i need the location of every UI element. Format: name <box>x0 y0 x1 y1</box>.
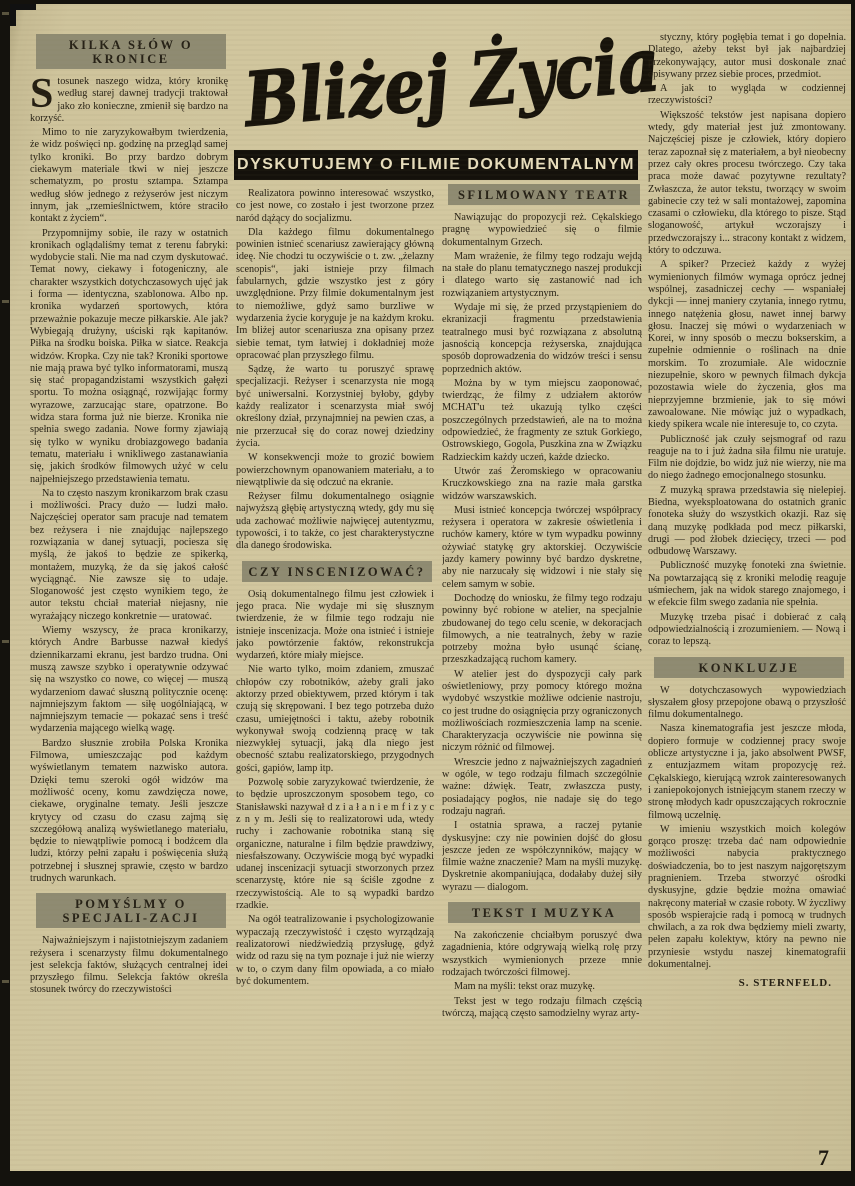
page-number: 7 <box>818 1145 829 1171</box>
paragraph: Na ogół teatralizowanie i psychologizowa… <box>236 914 434 988</box>
paragraph: Nawiązując do propozycji reż. Cękalskieg… <box>442 212 642 249</box>
paragraph: Nie warto tylko, moim zdaniem, zmuszać c… <box>236 664 434 775</box>
paragraph: Utwór zaś Żeromskiego w opracowaniu Kruc… <box>442 466 642 503</box>
paragraph: Reżyser filmu dokumentalnego osiągnie na… <box>236 491 434 552</box>
magazine-page: KILKA SŁÓW O KRONICE Stosunek naszego wi… <box>10 4 851 1171</box>
section-header-kronika: KILKA SŁÓW O KRONICE <box>36 34 226 69</box>
paragraph: Realizatora powinno interesować wszystko… <box>236 188 434 225</box>
author-signature: S. STERNFELD. <box>648 977 846 989</box>
section-header-specjalizacja: POMYŚLMY O SPECJALI‑ZACJI <box>36 893 226 928</box>
scan-edge-bottom <box>0 1171 855 1186</box>
paragraph: I ostatnia sprawa, a raczej pytanie dysk… <box>442 820 642 894</box>
paragraph: Można by w tym miejscu zaoponować, twier… <box>442 378 642 464</box>
paragraph: A jak to wygląda w codziennej rzeczywist… <box>648 83 846 108</box>
paragraph: Mimo to nie zaryzykowałbym twierdzenia, … <box>30 127 228 225</box>
paragraph: Sądzę, że warto tu poruszyć sprawę specj… <box>236 364 434 450</box>
paragraph: Mam wrażenie, że filmy tego rodzaju wejd… <box>442 251 642 300</box>
paragraph: Dla każdego filmu dokumentalnego powinie… <box>236 227 434 362</box>
page-title: Bliżej Życia <box>239 19 663 144</box>
drop-cap: S <box>30 76 57 111</box>
paragraph: Na zakończenie chciałbym poruszyć dwa za… <box>442 930 642 979</box>
paragraph: Większość tekstów jest napisana dopiero … <box>648 110 846 258</box>
paragraph: W konsekwencji może to grozić bowiem pow… <box>236 452 434 489</box>
column-2: Realizatora powinno interesować wszystko… <box>236 188 434 1160</box>
paragraph: Z muzyką sprawa przedstawia się nielepie… <box>648 485 846 559</box>
banner-label: DYSKUTUJEMY O FILMIE DOKUMENTALNYM <box>237 156 635 174</box>
section-header-sfilmowany-teatr: SFILMOWANY TEATR <box>448 184 640 205</box>
paragraph: Najważniejszym i najistotniejszym zadani… <box>30 935 228 996</box>
section-header-konkluzje: KONKLUZJE <box>654 657 844 678</box>
paragraph: Wiemy wszyscy, że praca kronikarzy, któr… <box>30 625 228 736</box>
paragraph: Wydaje mi się, że przed przystąpieniem d… <box>442 302 642 376</box>
scan-edge-top <box>0 0 855 4</box>
paragraph: Przypomnijmy sobie, ile razy w ostatnich… <box>30 228 228 486</box>
scan-edge-right <box>851 0 855 1186</box>
paragraph: Pozwolę sobie zaryzykować twierdzenie, ż… <box>236 777 434 912</box>
paragraph: Wreszcie jedno z najważniejszych zagadni… <box>442 757 642 818</box>
paragraph: styczny, który pogłębia temat i go dopeł… <box>648 32 846 81</box>
column-4: styczny, który pogłębia temat i go dopeł… <box>648 32 846 1160</box>
paragraph: W dotychczasowych wypowiedziach słyszałe… <box>648 685 846 722</box>
section-banner: DYSKUTUJEMY O FILMIE DOKUMENTALNYM <box>234 150 638 180</box>
paragraph: A spiker? Przecież każdy z wyżej wymieni… <box>648 259 846 431</box>
paragraph: W imieniu wszystkich moich kolegów gorąc… <box>648 824 846 972</box>
paragraph: Stosunek naszego widza, który kronikę we… <box>30 76 228 125</box>
scan-edge-left <box>0 0 10 1186</box>
paragraph-text: tosunek naszego widza, który kronikę wed… <box>30 76 228 124</box>
paragraph: Bardzo słusznie zrobiła Polska Kronika F… <box>30 738 228 886</box>
scan-corner-mark <box>10 4 16 26</box>
paragraph: Na to często naszym kronikarzom brak cza… <box>30 488 228 623</box>
paragraph: Nasza kinematografia jest jeszcze młoda,… <box>648 723 846 821</box>
paragraph: Publiczność jak czuły sejsmograf od razu… <box>648 434 846 483</box>
paragraph: Tekst jest w tego rodzaju filmach części… <box>442 996 642 1021</box>
paragraph: Osią dokumentalnego filmu jest człowiek … <box>236 589 434 663</box>
section-header-inscenizowac: CZY INSCENIZOWAĆ? <box>242 561 432 582</box>
masthead: Bliżej Życia <box>230 12 670 150</box>
paragraph: Musi istnieć koncepcja twórczej współpra… <box>442 505 642 591</box>
paragraph: Mam na myśli: tekst oraz muzykę. <box>442 981 642 993</box>
paragraph: Publiczność muzykę fonoteki zna świetnie… <box>648 560 846 609</box>
column-3: SFILMOWANY TEATR Nawiązując do propozycj… <box>442 184 642 1164</box>
column-1: KILKA SŁÓW O KRONICE Stosunek naszego wi… <box>30 34 228 1154</box>
paragraph: Muzykę trzeba pisać i dobierać z całą od… <box>648 612 846 649</box>
section-header-tekst-i-muzyka: TEKST I MUZYKA <box>448 902 640 923</box>
paragraph: Dochodzę do wniosku, że filmy tego rodza… <box>442 593 642 667</box>
article-title-art: Bliżej Życia <box>230 12 670 150</box>
paragraph: W atelier jest do dyspozycji cały park o… <box>442 669 642 755</box>
